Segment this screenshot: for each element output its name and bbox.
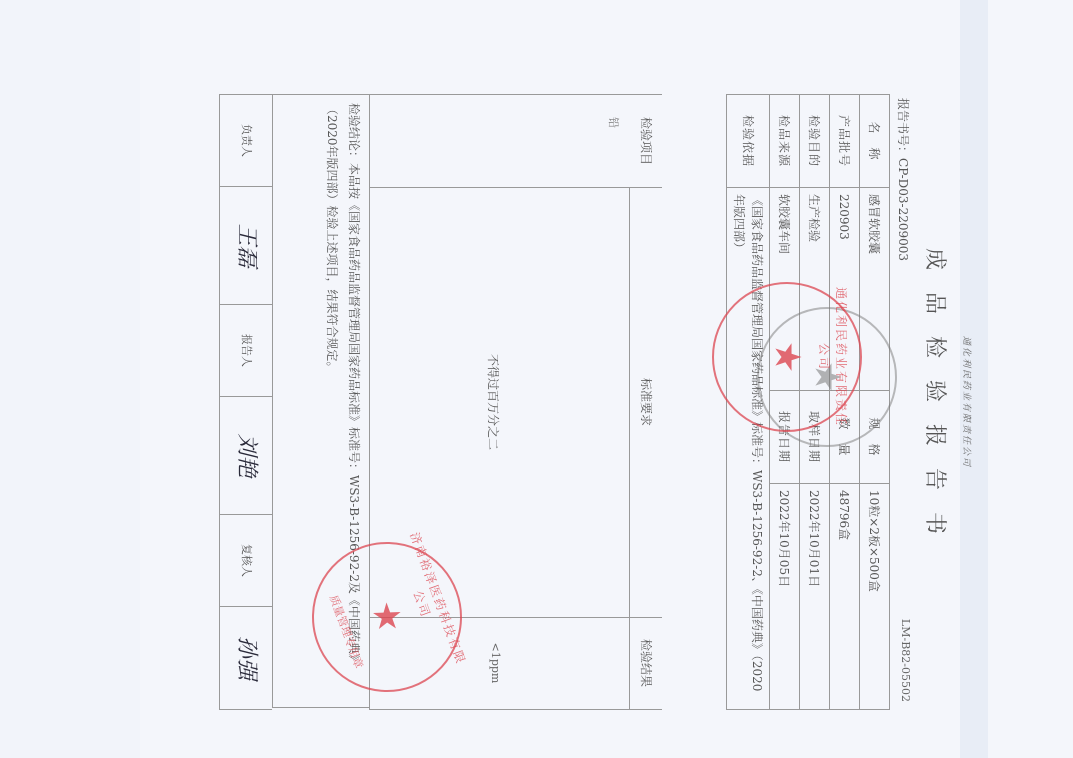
scan-margin [0,0,140,758]
label-basis: 检验依据 [727,95,770,188]
reviewer-label: 复核人 [220,515,272,607]
reviewer-signature: 孙强 [220,607,272,709]
results-header: 检验项目 标准要求 检验结果 [630,95,662,709]
page-title: 成品检验报告书 [921,92,952,712]
inspection-report-page: 通化利民药业有限责任公司 成品检验报告书 报告书号：CP-D03-2209003… [182,92,982,712]
header-item: 检验项目 [630,95,662,188]
star-icon: ★ [362,595,412,639]
value-report-date: 2022年10月05日 [770,484,800,710]
value-basis: 《国家食品药品监督管理局国家药品标准》标准号：WS3-B-1256-92-2、《… [727,188,770,710]
label-source: 检品来源 [770,95,800,188]
company-header: 通化利民药业有限责任公司 [961,92,974,712]
label-name: 名 称 [860,95,890,188]
result-requirement: 不得过百万分之二 [485,187,502,617]
result-value: <1ppm [489,617,502,709]
responsible-signature: 王磊 [220,187,272,305]
responsible-label: 负责人 [220,95,272,187]
company-stamp: 通化利民药业有限责任公司 ★ [712,282,862,432]
label-purpose: 检验目的 [800,95,830,188]
reporter-label: 报告人 [220,305,272,397]
report-number: 报告书号：CP-D03-2209003 [895,98,912,261]
result-item: 铅 [606,117,622,128]
report-number-value: CP-D03-2209003 [896,158,910,261]
value-sampling-date: 2022年10月01日 [800,484,830,710]
header-requirement: 标准要求 [630,187,662,618]
company-stamp-text: 通化利民药业有限责任公司 [816,284,850,430]
header-result: 检验结果 [630,617,662,709]
value-quantity: 48796盒 [830,484,860,710]
report-number-label: 报告书号： [896,98,910,158]
label-batch: 产品批号 [830,95,860,188]
signature-row: 负责人 王磊 报告人 刘艳 复核人 孙强 [219,94,272,710]
star-icon: ★ [767,341,808,373]
form-number: LM-B82-05502 [899,619,912,702]
reporter-signature: 刘艳 [220,397,272,515]
value-spec: 10粒×2板×500盒 [860,484,890,710]
divider [629,187,630,709]
